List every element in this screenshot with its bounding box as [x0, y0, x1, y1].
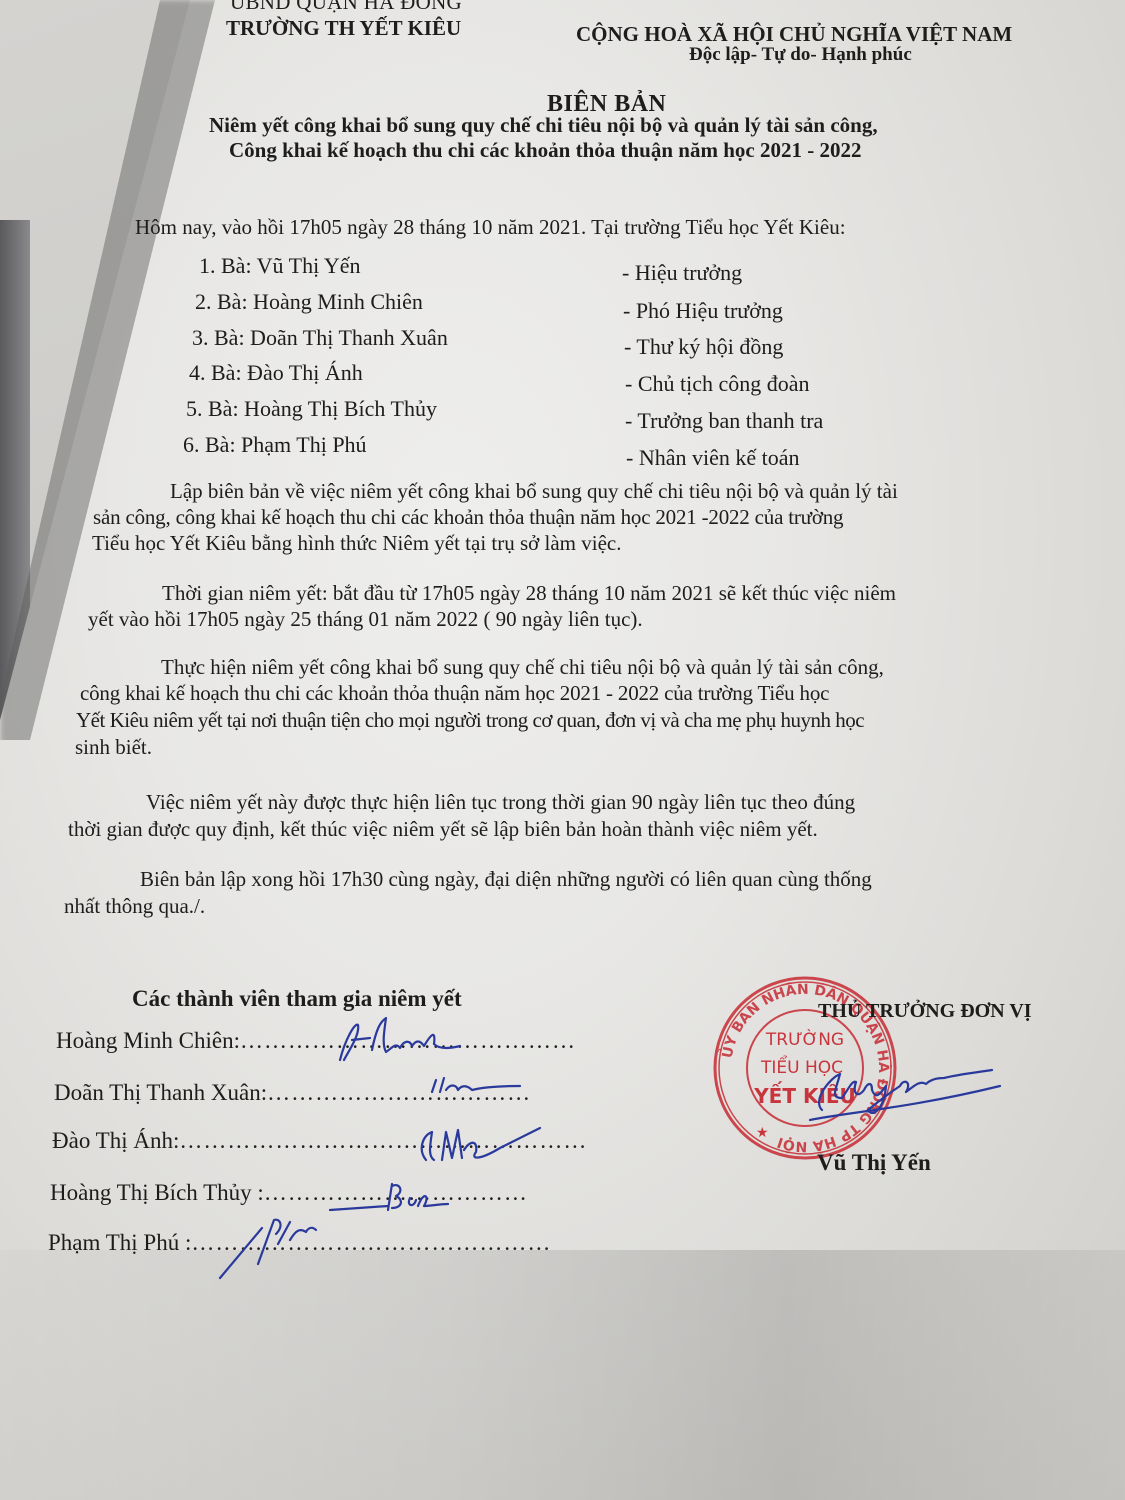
- paragraph-line: Việc niêm yết này được thực hiện liên tụ…: [146, 792, 855, 813]
- signature-dots: ………………………………………: [191, 1230, 551, 1255]
- district-name: UBND QUẬN HÀ ĐÔNG: [230, 0, 462, 15]
- document-subtitle-line-2: Công khai kế hoạch thu chi các khoản thỏ…: [229, 138, 861, 163]
- signature-line: Hoàng Minh Chiên:……………………………………: [56, 1028, 576, 1054]
- svg-text:YẾT KIÊU: YẾT KIÊU: [753, 1082, 856, 1108]
- signer-label: Đào Thị Ánh:: [52, 1128, 179, 1153]
- signature-dots: ……………………………………: [240, 1028, 576, 1053]
- signature-line: Phạm Thị Phú :………………………………………: [48, 1230, 551, 1256]
- signatures-heading: Các thành viên tham gia niêm yết: [132, 986, 462, 1012]
- member-name: 1. Bà: Vũ Thị Yến: [199, 253, 361, 279]
- paragraph-line: công khai kế hoạch thu chi các khoản thỏ…: [80, 683, 829, 704]
- member-name: 6. Bà: Phạm Thị Phú: [183, 432, 367, 458]
- intro-text: Hôm nay, vào hồi 17h05 ngày 28 tháng 10 …: [135, 215, 846, 240]
- signer-label: Hoàng Minh Chiên:: [56, 1028, 240, 1053]
- paragraph-line: Lập biên bản về việc niêm yết công khai …: [170, 481, 898, 502]
- signer-label: Hoàng Thị Bích Thủy :: [50, 1180, 264, 1205]
- paragraph-line: Tiểu học Yết Kiêu bằng hình thức Niêm yế…: [92, 533, 622, 554]
- lower-shade: [0, 1250, 1125, 1500]
- member-role: - Thư ký hội đồng: [624, 334, 783, 360]
- signer-label: Doãn Thị Thanh Xuân:: [54, 1080, 267, 1105]
- member-role: - Hiệu trưởng: [622, 260, 742, 286]
- signature-dots: ……………………………………………: [179, 1128, 587, 1153]
- signature-line: Đào Thị Ánh:……………………………………………: [52, 1128, 587, 1154]
- document-subtitle-line-1: Niêm yết công khai bổ sung quy chế chi t…: [209, 113, 878, 138]
- head-of-unit-title: THỦ TRƯỞNG ĐƠN VỊ: [818, 1000, 1032, 1023]
- national-motto: Độc lập- Tự do- Hạnh phúc: [689, 44, 912, 66]
- paragraph-line: Thời gian niêm yết: bắt đầu từ 17h05 ngà…: [162, 583, 896, 604]
- paragraph-line: Biên bản lập xong hồi 17h30 cùng ngày, đ…: [140, 869, 872, 890]
- paragraph-line: sinh biết.: [75, 737, 152, 758]
- paragraph-line: Yết Kiêu niêm yết tại nơi thuận tiện cho…: [76, 710, 864, 731]
- signature-dots: ……………………………: [264, 1180, 528, 1205]
- member-role: - Trưởng ban thanh tra: [625, 408, 823, 434]
- member-name: 5. Bà: Hoàng Thị Bích Thủy: [186, 396, 437, 422]
- signature-dots: ……………………………: [267, 1080, 531, 1105]
- member-role: - Phó Hiệu trưởng: [623, 298, 783, 324]
- signature-line: Doãn Thị Thanh Xuân:……………………………: [54, 1080, 531, 1106]
- member-name: 3. Bà: Doãn Thị Thanh Xuân: [192, 325, 448, 351]
- member-role: - Chủ tịch công đoàn: [625, 371, 810, 397]
- svg-text:★: ★: [756, 1125, 769, 1141]
- head-of-unit-name: Vũ Thị Yến: [817, 1150, 931, 1176]
- member-name: 4. Bà: Đào Thị Ánh: [189, 360, 363, 386]
- member-role: - Nhân viên kế toán: [626, 445, 800, 471]
- svg-text:TRƯỜNG: TRƯỜNG: [765, 1028, 844, 1050]
- member-name: 2. Bà: Hoàng Minh Chiên: [195, 289, 423, 315]
- school-name: TRƯỜNG TH YẾT KIÊU: [226, 16, 461, 41]
- paragraph-line: yết vào hồi 17h05 ngày 25 tháng 01 năm 2…: [88, 609, 643, 630]
- svg-text:TIỂU HỌC: TIỂU HỌC: [760, 1054, 843, 1078]
- signature-line: Hoàng Thị Bích Thủy :……………………………: [50, 1180, 528, 1206]
- paragraph-line: thời gian được quy định, kết thúc việc n…: [68, 819, 818, 840]
- signer-label: Phạm Thị Phú :: [48, 1230, 191, 1255]
- paragraph-line: nhất thông qua./.: [64, 896, 205, 917]
- paragraph-line: sản công, công khai kế hoạch thu chi các…: [93, 507, 843, 528]
- paragraph-line: Thực hiện niêm yết công khai bổ sung quy…: [161, 657, 884, 678]
